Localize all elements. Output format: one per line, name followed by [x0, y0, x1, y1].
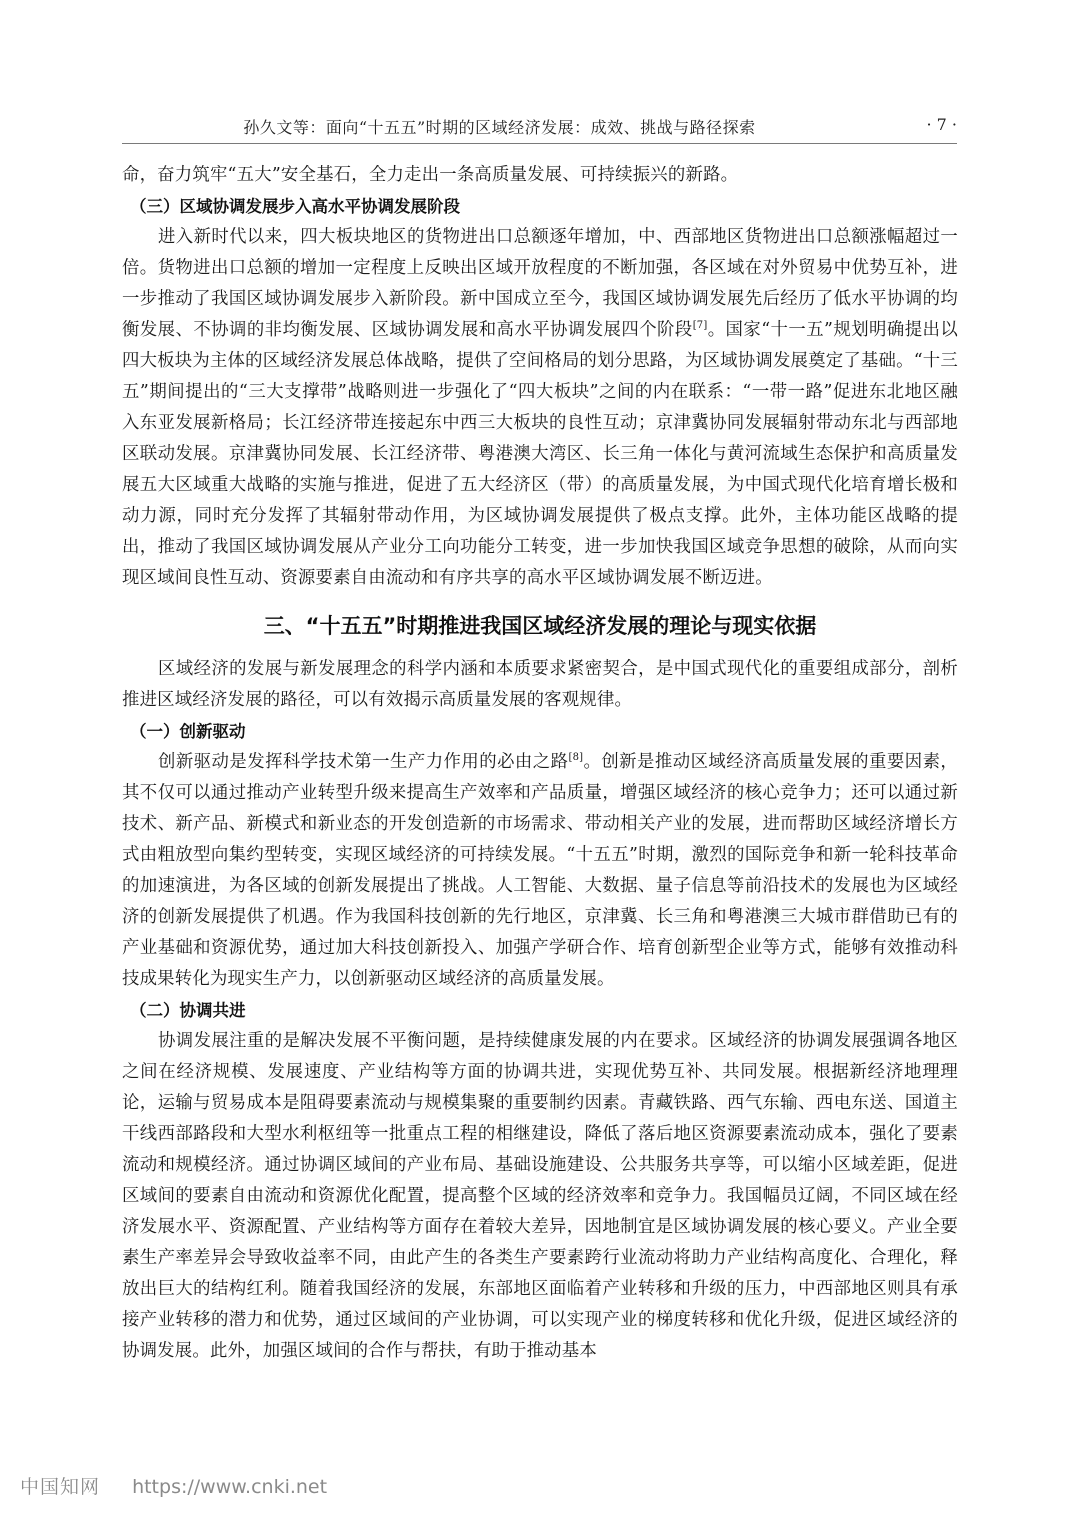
continuation-paragraph: 命，奋力筑牢“五大”安全基石，全力走出一条高质量发展、可持续振兴的新路。 — [122, 160, 958, 191]
paragraph-text: 。国家“十一五”规划明确提出以四大板块为主体的区域经济发展总体战略，提供了空间格… — [122, 320, 958, 588]
running-title: 孙久文等：面向“十五五”时期的区域经济发展：成效、挑战与路径探索 — [122, 115, 877, 138]
paragraph-innovation: 创新驱动是发挥科学技术第一生产力作用的必由之路[8]。创新是推动区域经济高质量发… — [122, 747, 958, 995]
subsection-heading-coordination: （二）协调共进 — [122, 995, 958, 1026]
paragraph-text: 创新驱动是发挥科学技术第一生产力作用的必由之路 — [158, 752, 568, 772]
watermark-url: https://www.cnki.net — [132, 1476, 327, 1498]
page-number: · 7 · — [926, 115, 957, 134]
cnki-watermark: 中国知网 https://www.cnki.net — [20, 1472, 327, 1499]
citation-ref: [8] — [568, 752, 583, 763]
section-heading-3: 三、“十五五”时期推进我国区域经济发展的理论与现实依据 — [122, 608, 958, 644]
section-intro-paragraph: 区域经济的发展与新发展理念的科学内涵和本质要求紧密契合，是中国式现代化的重要组成… — [122, 654, 958, 716]
paragraph-regional-coordination: 进入新时代以来，四大板块地区的货物进出口总额逐年增加，中、西部地区货物进出口总额… — [122, 222, 958, 594]
paragraph-coordination: 协调发展注重的是解决发展不平衡问题，是持续健康发展的内在要求。区域经济的协调发展… — [122, 1026, 958, 1367]
paragraph-text: 。创新是推动区域经济高质量发展的重要因素，其不仅可以通过推动产业转型升级来提高生… — [122, 752, 958, 989]
citation-ref: [7] — [693, 320, 708, 331]
article-body: 命，奋力筑牢“五大”安全基石，全力走出一条高质量发展、可持续振兴的新路。 （三）… — [122, 160, 958, 1367]
subsection-heading-innovation: （一）创新驱动 — [122, 716, 958, 747]
header-rule — [122, 143, 957, 144]
running-header: 孙久文等：面向“十五五”时期的区域经济发展：成效、挑战与路径探索 · 7 · — [122, 115, 957, 143]
subsection-heading-3: （三）区域协调发展步入高水平协调发展阶段 — [122, 191, 958, 222]
watermark-brand: 中国知网 — [20, 1476, 100, 1498]
